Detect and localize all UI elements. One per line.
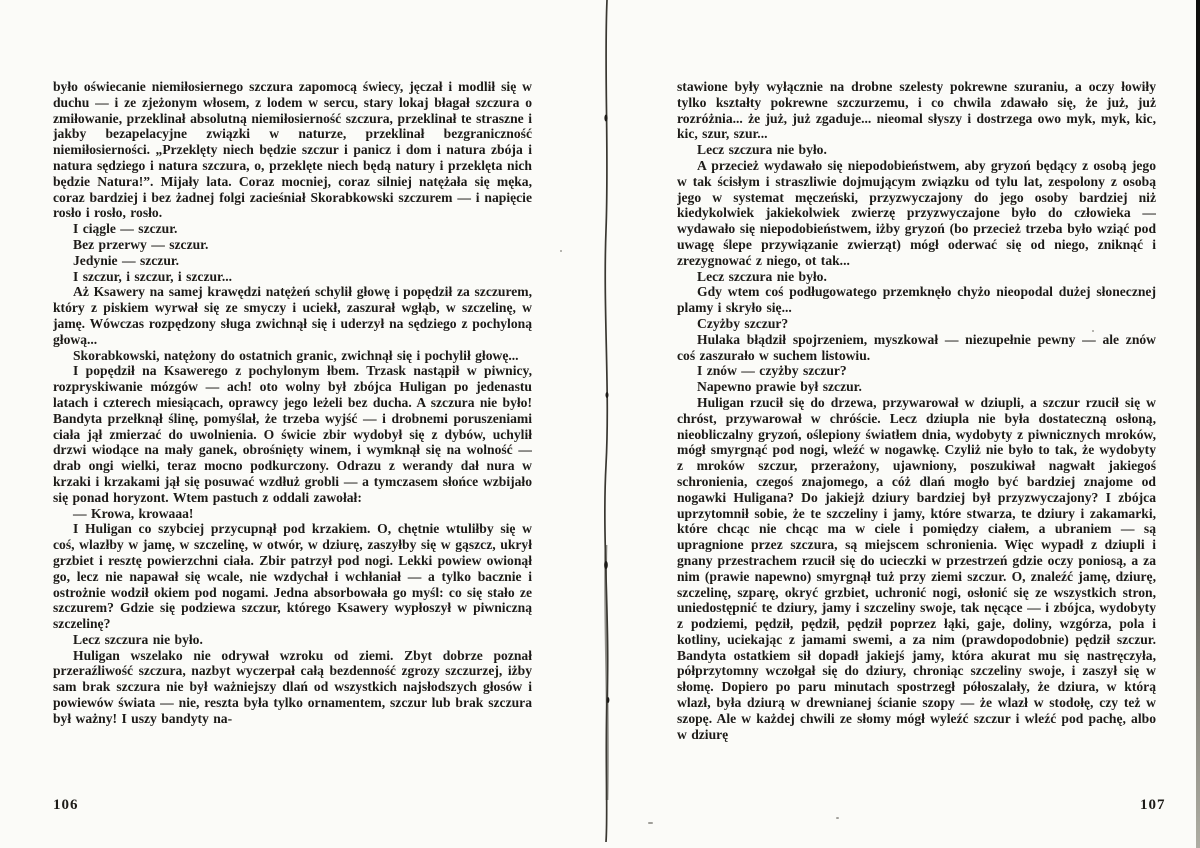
paragraph: Huligan rzucił się do drzewa, przywarowa… <box>677 395 1156 743</box>
page-number-left: 106 <box>53 797 79 814</box>
paragraph: Skorabkowski, natężony do ostatnich gran… <box>53 348 532 364</box>
paragraph: I popędził na Ksawerego z pochylonym łbe… <box>53 363 532 505</box>
paragraph: stawione były wyłącznie na drobne szeles… <box>677 79 1156 142</box>
book-spread: było oświecanie niemiłosiernego szczura … <box>0 0 1200 848</box>
paragraph: Lecz szczura nie było. <box>677 269 1156 285</box>
paragraph: Gdy wtem coś podługowatego przemknęło ch… <box>677 284 1156 316</box>
paragraph: było oświecanie niemiłosiernego szczura … <box>53 79 532 221</box>
paragraph: Lecz szczura nie było. <box>677 142 1156 158</box>
paragraph: I szczur, i szczur, i szczur... <box>53 269 532 285</box>
paper-speck <box>560 250 562 252</box>
paragraph: I Huligan co szybciej przycupnął pod krz… <box>53 521 532 632</box>
paragraph: Jedynie — szczur. <box>53 253 532 269</box>
paragraph: A przecież wydawało się niepodobieństwem… <box>677 158 1156 269</box>
paragraph: — Krowa, krowaaa! <box>53 506 532 522</box>
paragraph: I ciągle — szczur. <box>53 221 532 237</box>
paragraph: Hulaka błądził spojrzeniem, myszkował — … <box>677 332 1156 364</box>
paragraph: Bez przerwy — szczur. <box>53 237 532 253</box>
paragraph: Lecz szczura nie było. <box>53 632 532 648</box>
paper-speck <box>648 822 653 824</box>
paragraph: Napewno prawie był szczur. <box>677 379 1156 395</box>
paragraph: Huligan wszelako nie odrywał wzroku od z… <box>53 648 532 727</box>
paper-speck <box>836 817 839 819</box>
page-number-right: 107 <box>1140 797 1166 814</box>
page-left-text: było oświecanie niemiłosiernego szczura … <box>53 79 532 795</box>
paragraph: Aż Ksawery na samej krawędzi natężeń sch… <box>53 284 532 347</box>
page-right-text: stawione były wyłącznie na drobne szeles… <box>677 79 1156 795</box>
paragraph: I znów — czyżby szczur? <box>677 363 1156 379</box>
paragraph: Czyżby szczur? <box>677 316 1156 332</box>
paper-speck <box>1092 330 1094 332</box>
scan-edge-artifact <box>1196 0 1200 848</box>
